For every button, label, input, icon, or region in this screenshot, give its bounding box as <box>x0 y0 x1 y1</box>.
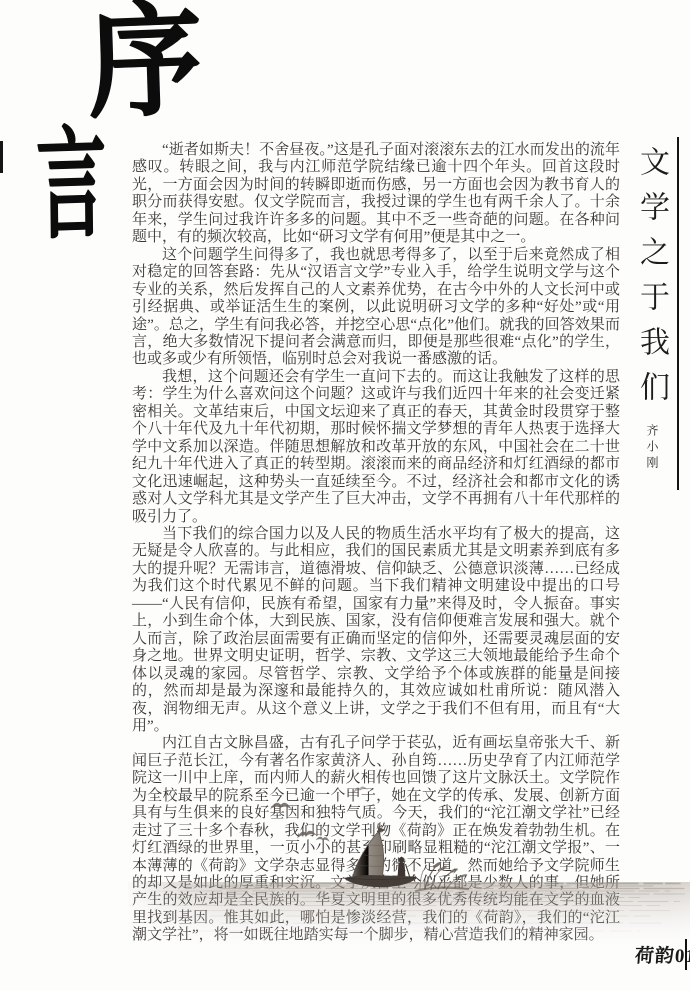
side-vertical-title: 文学之于我们 <box>629 146 673 416</box>
paragraph: 内江自古文脉昌盛，古有孔子问学于苌弘，近有画坛皇帝张大千、新闻巨子范长江，今有著… <box>132 735 620 944</box>
issue-label: 荷韵01 <box>634 941 690 968</box>
vertical-rule <box>677 137 679 490</box>
calligraphy-yan: 言 <box>36 124 107 246</box>
paragraph: 我想，这个问题还会有学生一直问下去的。而这让我触发了这样的思考：学生为什么喜欢问… <box>132 369 620 526</box>
paragraph: 当下我们的综合国力以及人民的物质生活水平均有了极大的提高，这无疑是令人欣喜的。与… <box>132 526 620 735</box>
calligraphy-xu: 序 <box>86 0 204 126</box>
paragraph: “逝者如斯夫！不舍昼夜。”这是孔子面对滚滚东去的江水而发出的流年感叹。转眼之间，… <box>132 142 620 247</box>
author-name: 齐小刚 <box>644 424 661 472</box>
preface-body: “逝者如斯夫！不舍昼夜。”这是孔子面对滚滚东去的江水而发出的流年感叹。转眼之间，… <box>132 142 620 945</box>
footer-tick-mark <box>685 939 687 970</box>
page-edge-mark <box>0 141 3 173</box>
preface-page: 序 言 “逝者如斯夫！不舍昼夜。”这是孔子面对滚滚东去的江水而发出的流年感叹。转… <box>0 0 690 991</box>
paragraph: 这个问题学生问得多了，我也就思考得多了，以至于后来竟然成了相对稳定的回答套路：先… <box>132 247 620 369</box>
